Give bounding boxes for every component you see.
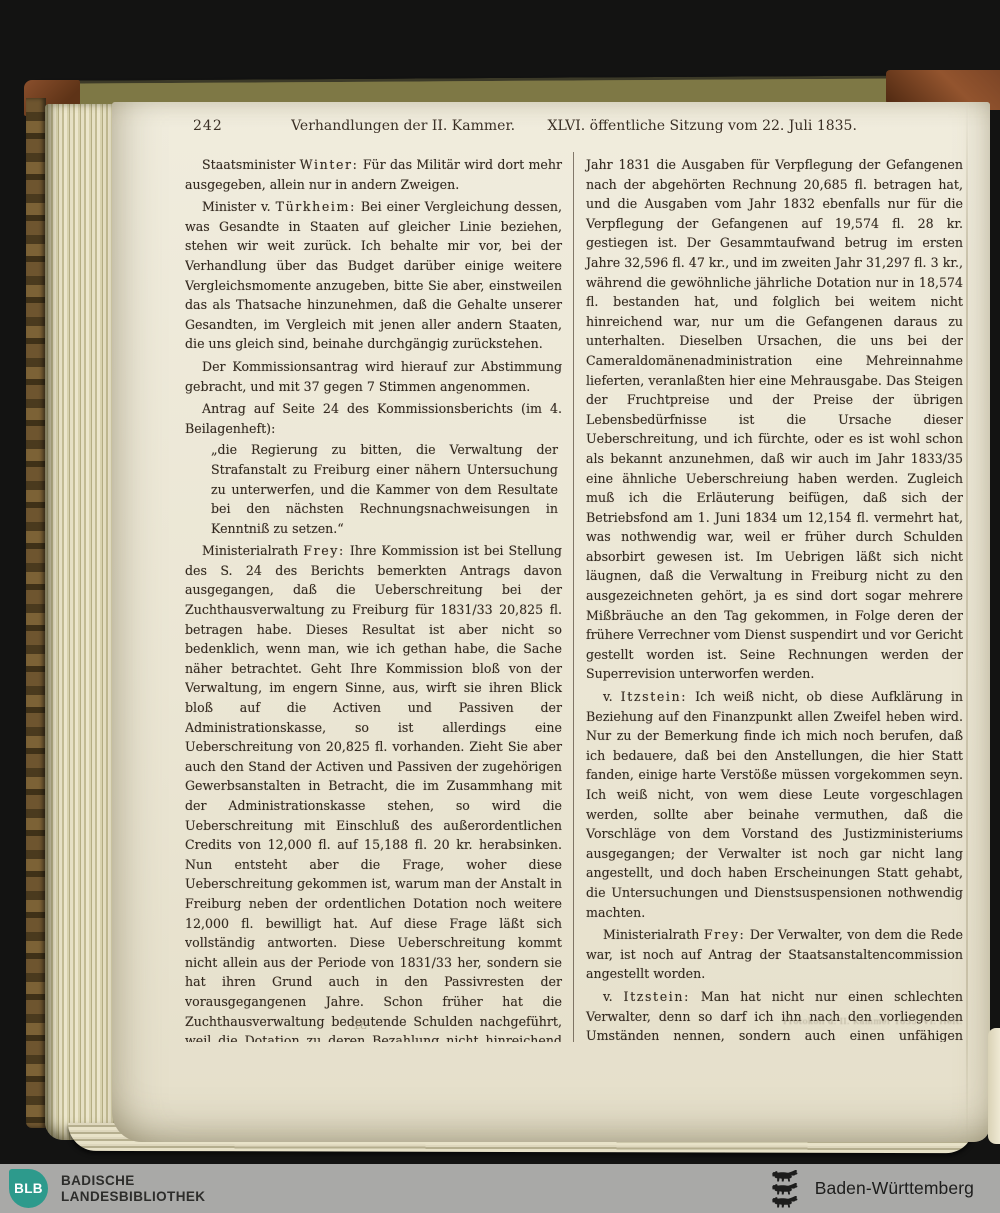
coat-of-arms [767, 1170, 803, 1208]
book-cover-edge [26, 98, 46, 1128]
page-number: 242 [193, 118, 223, 134]
lion-icon [767, 1170, 803, 1182]
text-column-left: Staatsminister Winter: Für das Militär w… [185, 152, 573, 1042]
speaker-name: Türkheim: [276, 199, 356, 214]
library-footer-bar: BLB BADISCHE LANDESBIBLIOTHEK Baden-Würt… [0, 1164, 1000, 1213]
book-scan: 242 Verhandlungen der II. Kammer. XLVI. … [0, 0, 1000, 1213]
paragraph: Der Kommissionsantrag wird hierauf zur A… [185, 357, 562, 396]
speaker-name: Winter: [300, 157, 359, 172]
paragraph: Staatsminister Winter: Für das Militär w… [185, 155, 562, 194]
page-crease [966, 102, 968, 1142]
running-header: 242 Verhandlungen der II. Kammer. XLVI. … [185, 114, 963, 152]
bleedthrough-text: Protokoll d. II. Kammer 1835. VI. Heft. [783, 1017, 963, 1027]
library-name: BADISCHE LANDESBIBLIOTHEK [61, 1173, 205, 1204]
library-logo[interactable]: BLB BADISCHE LANDESBIBLIOTHEK [0, 1169, 205, 1208]
page-content: 242 Verhandlungen der II. Kammer. XLVI. … [185, 114, 963, 1042]
lion-icon [767, 1183, 803, 1195]
paragraph: Jahr 1831 die Ausgaben für Verpflegung d… [586, 155, 963, 684]
header-chamber: Verhandlungen der II. Kammer. [291, 118, 515, 134]
state-logo[interactable]: Baden-Württemberg [767, 1170, 1000, 1208]
blb-badge-icon: BLB [9, 1169, 48, 1208]
text-columns: Staatsminister Winter: Für das Militär w… [185, 152, 963, 1042]
speaker-name: Itzstein: [624, 989, 690, 1004]
lion-icon [767, 1196, 803, 1208]
paragraph: v. Itzstein: Ich weiß nicht, ob diese Au… [586, 687, 963, 922]
library-name-line2: LANDESBIBLIOTHEK [61, 1189, 205, 1205]
paragraph: „die Regierung zu bitten, die Verwaltung… [211, 440, 558, 538]
paragraph: Ministerialrath Frey: Der Verwalter, von… [586, 925, 963, 984]
speaker-name: Frey: [303, 543, 345, 558]
viewer-background: { "page": { "page_number": "242", "heade… [0, 0, 1000, 1213]
signature-mark: 31 [353, 1019, 367, 1032]
text-column-right: Jahr 1831 die Ausgaben für Verpflegung d… [573, 152, 963, 1042]
speaker-name: Frey: [704, 927, 746, 942]
paragraph: v. Itzstein: Man hat nicht nur einen sch… [586, 987, 963, 1042]
paragraph: Antrag auf Seite 24 des Kommissionsberic… [185, 399, 562, 438]
library-name-line1: BADISCHE [61, 1173, 205, 1189]
page-fore-edge [45, 104, 115, 1140]
speaker-name: Itzstein: [621, 689, 687, 704]
opposite-page-edge [988, 1028, 1000, 1144]
paragraph: Minister v. Türkheim: Bei einer Vergleic… [185, 197, 562, 354]
state-name: Baden-Württemberg [815, 1178, 974, 1199]
paragraph: Ministerialrath Frey: Ihre Kommission is… [185, 541, 562, 1042]
header-session: XLVI. öffentliche Sitzung vom 22. Juli 1… [548, 118, 857, 134]
book-page: 242 Verhandlungen der II. Kammer. XLVI. … [112, 102, 990, 1142]
